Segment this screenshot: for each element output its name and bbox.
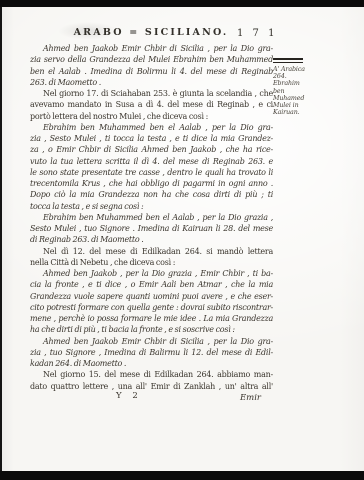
text-line: avevamo mandato in Susa a dì 4. del mese… [30, 99, 273, 110]
scan-border-top [0, 0, 364, 7]
text-line: kadan 264. di Maometto . [30, 358, 273, 369]
page-header: ARABO = SICILIANO. 1 7 1 [30, 27, 272, 41]
margin-note-line: Ebrahim [273, 80, 309, 87]
signature-mark: Y 2 [116, 391, 142, 401]
body-text: Ahmed ben Jaakob Emir Chbir di Sicilia ,… [30, 43, 273, 392]
text-line: Ebrahim ben Muhammed ben el Aalab , per … [30, 212, 273, 223]
text-line: cito potresti formare con quella gente :… [30, 302, 273, 313]
paragraph: Ahmed ben Jaakob Emir Chbir di Sicilia ,… [30, 43, 273, 88]
margin-note-rule [273, 58, 303, 63]
scan-border-left [0, 7, 2, 471]
text-line: Ahmed ben Jaakob Emir Chbir di Sicilia ,… [30, 336, 273, 347]
text-line: cia la fronte , e ti dice , o Emir Aali … [30, 279, 273, 290]
text-line: ben el Aalab . Imedina di Bolirmu li 4. … [30, 66, 273, 77]
paragraph: Ebrahim ben Muhammed ben el Aalab , per … [30, 122, 273, 212]
text-line: zia , tuo Signore , Imedina di Balirmu l… [30, 347, 273, 358]
margin-note: A' Arabica264.EbrahimbenMuhamedMulei inK… [273, 58, 309, 116]
text-line: vuto la tua lettera scritta il dì 4. del… [30, 156, 273, 167]
paragraph: Ebrahim ben Muhammed ben el Aalab , per … [30, 212, 273, 246]
text-line: trecentomila Krus , che hai obbligo di p… [30, 178, 273, 189]
margin-note-line: Muhamed [273, 95, 309, 102]
paragraph: Nel giorno 15. del mese di Edilkadan 264… [30, 369, 273, 392]
text-line: le sono state presentate tre casse , den… [30, 167, 273, 178]
text-line: Grandezza vuole sapere quanti uomini puo… [30, 291, 273, 302]
paragraph: Ahmed ben Jaakob Emir Chbir di Sicilia ,… [30, 336, 273, 370]
margin-note-line: Kairuan. [273, 109, 309, 116]
text-line: Dopo ciò la mia Grandezza non ha che cos… [30, 189, 273, 200]
text-line: tocca la testa , e si segna così : [30, 201, 273, 212]
paragraph: Nel dì 12. del mese di Edilkadan 264. si… [30, 246, 273, 269]
paragraph: Ahmed ben Jaakob , per la Dio grazia , E… [30, 268, 273, 336]
text-line: Ebrahim ben Muhammed ben el Aalab , per … [30, 122, 273, 133]
scanned-book-page: ARABO = SICILIANO. 1 7 1 Ahmed ben Jaako… [0, 0, 364, 480]
margin-note-line: A' Arabica [273, 66, 309, 73]
text-line: zia , Sesto Mulei , ti tocca la testa , … [30, 133, 273, 144]
catchword: Emir [240, 393, 261, 403]
margin-note-line: ben [273, 88, 309, 95]
text-line: za , o Emir Chbir di Sicilia Ahmed ben J… [30, 144, 273, 155]
scan-border-bottom [0, 471, 364, 480]
text-line: zia servo della Grandezza del Mulei Ebra… [30, 54, 273, 65]
text-line: 263. di Maometto . [30, 77, 273, 88]
text-line: Sesto Mulei , tuo Signore . Imedina di K… [30, 223, 273, 234]
text-line: portò lettera del nostro Mulei , che dic… [30, 111, 273, 122]
text-line: Ahmed ben Jaakob , per la Dio grazia , E… [30, 268, 273, 279]
page-number: 1 7 1 [237, 28, 277, 39]
page-footer: Y 2 Emir [30, 391, 273, 403]
text-line: mene , perchè io possa formare le mie id… [30, 313, 273, 324]
running-title: ARABO = SICILIANO. [74, 27, 229, 38]
text-line: Nel giorno 17. di Sciahaban 253. è giunt… [30, 88, 273, 99]
paragraph: Nel giorno 17. di Sciahaban 253. è giunt… [30, 88, 273, 122]
text-line: Nel dì 12. del mese di Edilkadan 264. si… [30, 246, 273, 257]
text-line: Ahmed ben Jaakob Emir Chbir di Sicilia ,… [30, 43, 273, 54]
text-line: Nel giorno 15. del mese di Edilkadan 264… [30, 369, 273, 380]
text-line: ha che dirti di più , ti bacia la fronte… [30, 324, 273, 335]
margin-note-line: 264. [273, 73, 309, 80]
margin-note-line: Mulei in [273, 102, 309, 109]
text-line: di Reginab 263. di Maometto . [30, 234, 273, 245]
text-line: nella Città di Nebetu , che diceva così … [30, 257, 273, 268]
